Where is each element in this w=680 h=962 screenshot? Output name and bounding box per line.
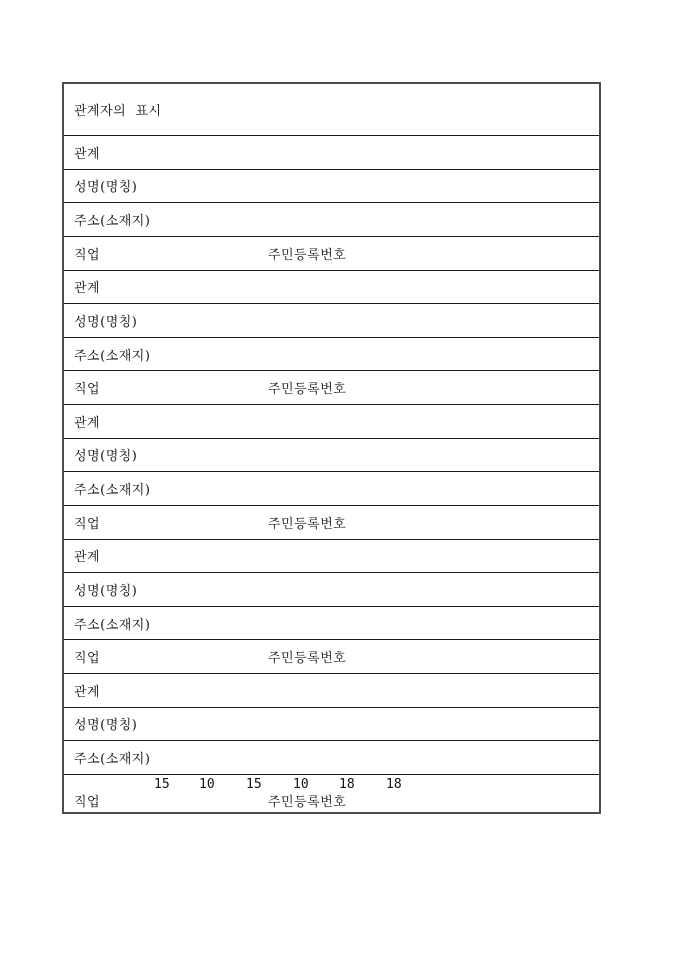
- field-label: 관계: [74, 143, 100, 162]
- field-label: 성명(명칭): [74, 580, 137, 599]
- field-label: 관계: [74, 546, 100, 565]
- field-row: 주소(소재지): [64, 740, 599, 774]
- field-row: 성명(명칭): [64, 303, 599, 337]
- occupation-row: 직업주민등록번호: [64, 370, 599, 404]
- resident-registration-number-label: 주민등록번호: [268, 791, 346, 810]
- occupation-label: 직업: [74, 378, 100, 397]
- occupation-row-last: 151015101818직업주민등록번호: [64, 774, 599, 812]
- field-row: 관계: [64, 673, 599, 707]
- artifact-number: 15: [154, 777, 170, 792]
- occupation-row: 직업주민등록번호: [64, 236, 599, 270]
- table-title-row: 관계자의 표시: [64, 84, 599, 135]
- occupation-label: 직업: [74, 244, 100, 263]
- field-label: 관계: [74, 412, 100, 431]
- form-table: 관계자의 표시관계성명(명칭)주소(소재지)직업주민등록번호관계성명(명칭)주소…: [62, 82, 601, 814]
- occupation-labels-line: 직업주민등록번호: [64, 791, 599, 808]
- field-row: 관계: [64, 539, 599, 573]
- field-label: 주소(소재지): [74, 210, 150, 229]
- field-label: 주소(소재지): [74, 748, 150, 767]
- field-row: 성명(명칭): [64, 438, 599, 472]
- field-label: 성명(명칭): [74, 445, 137, 464]
- field-row: 성명(명칭): [64, 707, 599, 741]
- field-label: 성명(명칭): [74, 714, 137, 733]
- field-row: 성명(명칭): [64, 169, 599, 203]
- artifact-number: 10: [199, 777, 215, 792]
- artifact-number: 18: [386, 777, 402, 792]
- field-label: 주소(소재지): [74, 345, 150, 364]
- resident-registration-number-label: 주민등록번호: [268, 378, 346, 397]
- artifact-number: 10: [293, 777, 309, 792]
- field-row: 관계: [64, 270, 599, 304]
- field-row: 주소(소재지): [64, 337, 599, 371]
- field-label: 성명(명칭): [74, 311, 137, 330]
- artifact-number: 18: [339, 777, 355, 792]
- field-label: 관계: [74, 277, 100, 296]
- field-label: 관계: [74, 681, 100, 700]
- artifact-numbers-line: 151015101818: [64, 775, 599, 791]
- table-title: 관계자의 표시: [74, 100, 162, 119]
- occupation-row: 직업주민등록번호: [64, 639, 599, 673]
- field-row: 성명(명칭): [64, 572, 599, 606]
- document-page: 관계자의 표시관계성명(명칭)주소(소재지)직업주민등록번호관계성명(명칭)주소…: [0, 0, 680, 962]
- occupation-label: 직업: [74, 795, 100, 810]
- resident-registration-number-label: 주민등록번호: [268, 513, 346, 532]
- field-row: 주소(소재지): [64, 202, 599, 236]
- resident-registration-number-label: 주민등록번호: [268, 647, 346, 666]
- field-label: 주소(소재지): [74, 614, 150, 633]
- occupation-row: 직업주민등록번호: [64, 505, 599, 539]
- occupation-label: 직업: [74, 513, 100, 532]
- field-row: 주소(소재지): [64, 606, 599, 640]
- field-label: 성명(명칭): [74, 176, 137, 195]
- field-label: 주소(소재지): [74, 479, 150, 498]
- occupation-label: 직업: [74, 647, 100, 666]
- field-row: 관계: [64, 404, 599, 438]
- resident-registration-number-label: 주민등록번호: [268, 244, 346, 263]
- field-row: 주소(소재지): [64, 471, 599, 505]
- field-row: 관계: [64, 135, 599, 169]
- artifact-number: 15: [246, 777, 262, 792]
